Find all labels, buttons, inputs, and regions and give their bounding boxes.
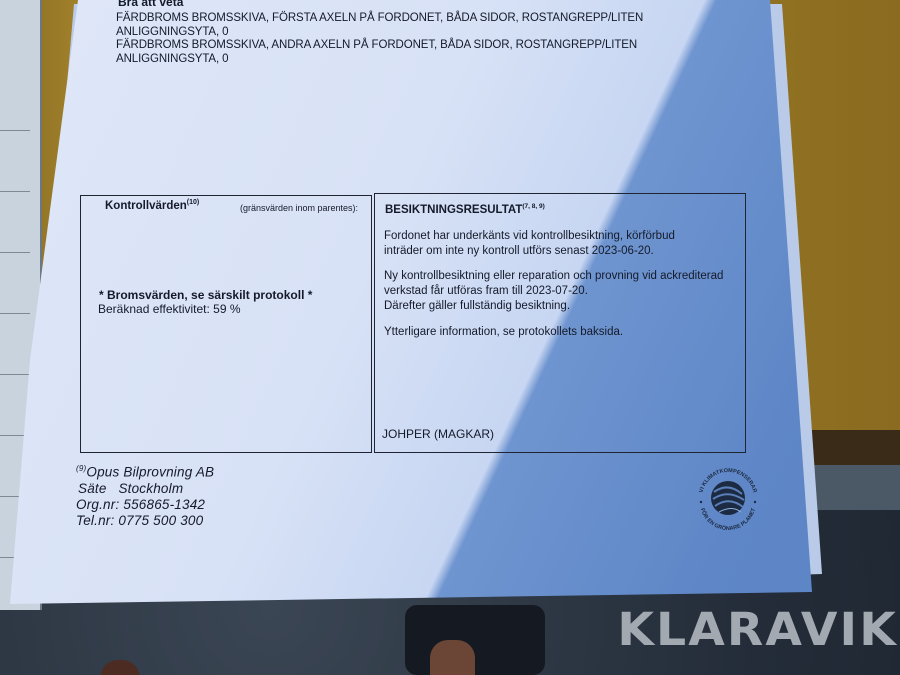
result-paragraph-reinspection: Ny kontrollbesiktning eller reparation o… (384, 269, 723, 314)
footnote-ref: (9) (76, 464, 86, 473)
control-values-title: Kontrollvärden(10) (105, 199, 199, 212)
inspection-result-title: BESIKTNINGSRESULTAT(7, 8, 9) (385, 203, 545, 216)
brake-values-note: * Bromsvärden, se särskilt protokoll * (99, 288, 312, 302)
remark-item: FÄRDBROMS BROMSSKIVA, FÖRSTA AXELN PÅ FO… (116, 11, 643, 39)
company-footer: (9)Opus Bilprovning AB Säte Stockholm Or… (76, 461, 214, 529)
inspector-signature: JOHPER (MAGKAR) (382, 427, 494, 441)
inspection-protocol-paper: Bra att veta FÄRDBROMS BROMSSKIVA, FÖRST… (0, 0, 900, 675)
phone-number: Tel.nr: 0775 500 300 (76, 513, 214, 529)
result-paragraph-failed: Fordonet har underkänts vid kontrollbesi… (384, 229, 675, 259)
footnote-ref: (10) (187, 199, 199, 206)
remark-item: FÄRDBROMS BROMSSKIVA, ANDRA AXELN PÅ FOR… (116, 38, 637, 66)
footnote-ref: (7, 8, 9) (522, 203, 544, 210)
control-values-box (80, 195, 372, 453)
result-paragraph-more-info: Ytterligare information, se protokollets… (384, 325, 623, 340)
climate-compensated-globe-icon: VI KLIMATKOMPENSERAR FÖR EN GRÖNARE PLAN… (692, 462, 764, 534)
control-values-title-text: Kontrollvärden (105, 200, 187, 212)
inspection-result-title-text: BESIKTNINGSRESULTAT (385, 204, 522, 216)
org-number: Org.nr: 556865-1342 (76, 497, 214, 513)
company-name: Opus Bilprovning AB (86, 465, 214, 480)
control-values-hint: (gränsvärden inom parentes): (240, 203, 358, 213)
calculated-efficiency: Beräknad effektivitet: 59 % (98, 302, 241, 316)
good-to-know-title: Bra att veta (118, 0, 183, 9)
hand-shadow (405, 605, 545, 675)
finger (430, 640, 475, 675)
rust-edge (800, 430, 900, 470)
seat-label: Säte (78, 481, 107, 496)
klaravik-watermark: KLARAVIK (617, 603, 898, 656)
seat-value: Stockholm (118, 481, 183, 496)
